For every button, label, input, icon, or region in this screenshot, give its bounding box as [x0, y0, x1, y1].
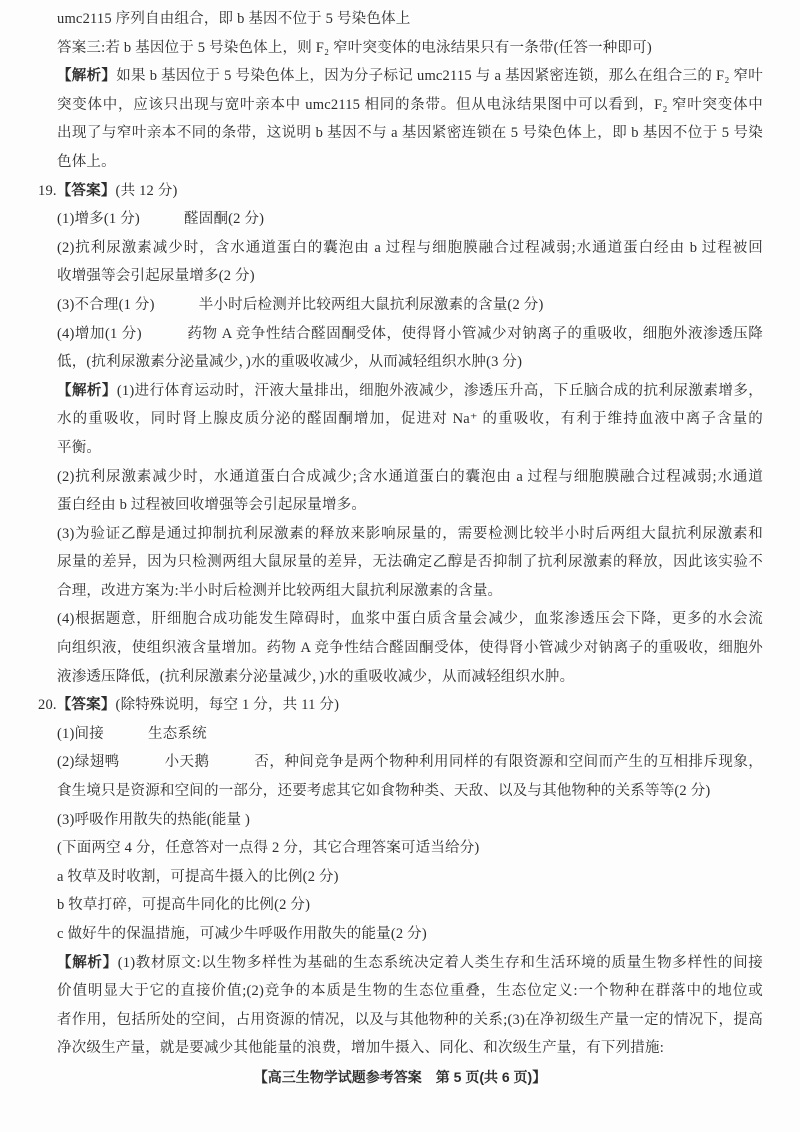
text-line: 收增强等会引起尿量增多(2 分)	[57, 262, 763, 291]
text-line: 色体上。	[57, 148, 763, 177]
text-line: a 牧草及时收割，可提高牛摄入的比例(2 分)	[57, 863, 763, 892]
text-segment: 合理，改进方案为:半小时后检测并比较两组大鼠抗利尿激素的含量。	[57, 583, 502, 599]
text-line: 20.【答案】(除特殊说明，每空 1 分，共 11 分)	[38, 691, 763, 720]
text-line: 者作用，包括所处的空间，占用资源的情况，以及与其他物种的关系;(3)在净初级生产…	[57, 1006, 763, 1035]
text-line: 19.【答案】(共 12 分)	[38, 177, 763, 206]
text-segment: 水的重吸收，同时肾上腺皮质分泌的醛固酮增加，促进对 Na⁺ 的重吸收，有利于维持…	[57, 411, 763, 427]
text-line: c 做好牛的保温措施，可减少牛呼吸作用散失的能量(2 分)	[57, 920, 763, 949]
text-segment: 食生境只是资源和空间的一部分，还要考虑其它如食物种类、天敌、以及与其他物种的关系…	[57, 783, 710, 799]
text-line: (2)抗利尿激素减少时，含水通道蛋白的囊泡由 a 过程与细胞膜融合过程减弱;水通…	[57, 234, 763, 263]
text-segment: (4)根据题意，肝细胞合成功能发生障碍时，血浆中蛋白质含量会减少，血浆渗透压会下…	[57, 611, 763, 627]
bold-label: 【解析】	[57, 383, 117, 399]
text-segment: 色体上。	[57, 154, 116, 170]
text-line: 尿量的差异，因为只检测两组大鼠尿量的差异，无法确定乙醇是否抑制了抗利尿激素的释放…	[57, 548, 763, 577]
text-segment: 出现了与窄叶亲本不同的条带，这说明 b 基因不与 a 基因紧密连锁在 5 号染色…	[57, 125, 763, 141]
text-segment: (共 12 分)	[116, 183, 178, 199]
text-line: 【解析】如果 b 基因位于 5 号染色体上，因为分子标记 umc2115 与 a…	[57, 62, 763, 91]
text-segment: (下面两空 4 分，任意答对一点得 2 分，其它合理答案可适当给分)	[57, 840, 479, 856]
text-segment: b 牧草打碎，可提高牛同化的比例(2 分)	[57, 897, 310, 913]
text-line: (3)呼吸作用散失的热能(能量 )	[57, 806, 763, 835]
bold-label: 【答案】	[57, 183, 116, 199]
text-line: 出现了与窄叶亲本不同的条带，这说明 b 基因不与 a 基因紧密连锁在 5 号染色…	[57, 119, 763, 148]
text-line: (3)为验证乙醇是通过抑制抗利尿激素的释放来影响尿量的，需要检测比较半小时后两组…	[57, 520, 763, 549]
text-segment: 突变体中，应该只出现与宽叶亲本中 umc2115 相同的条带。但从电泳结果图中可…	[57, 97, 763, 113]
text-segment: 液渗透压降低，(抗利尿激素分泌量减少，)水的重吸收减少，从而减轻组织水肿。	[57, 669, 574, 685]
text-segment: 者作用，包括所处的空间，占用资源的情况，以及与其他物种的关系;(3)在净初级生产…	[57, 1012, 763, 1028]
text-line: (下面两空 4 分，任意答对一点得 2 分，其它合理答案可适当给分)	[57, 834, 763, 863]
text-line: 价值明显大于它的直接价值;(2)竞争的本质是生物的生态位重叠，生态位定义:一个物…	[57, 977, 763, 1006]
text-line: 答案三:若 b 基因位于 5 号染色体上，则 F₂ 窄叶突变体的电泳结果只有一条…	[57, 34, 763, 63]
text-line: 液渗透压降低，(抗利尿激素分泌量减少，)水的重吸收减少，从而减轻组织水肿。	[57, 663, 763, 692]
text-line: 蛋白经由 b 过程被回收增强等会引起尿量增多。	[57, 491, 763, 520]
text-line: 水的重吸收，同时肾上腺皮质分泌的醛固酮增加，促进对 Na⁺ 的重吸收，有利于维持…	[57, 405, 763, 434]
page-footer: 【高三生物学试题参考答案 第 5 页(共 6 页)】	[0, 1066, 800, 1088]
text-segment: 蛋白经由 b 过程被回收增强等会引起尿量增多。	[57, 497, 366, 513]
text-segment: (2)抗利尿激素减少时，含水通道蛋白的囊泡由 a 过程与细胞膜融合过程减弱;水通…	[57, 240, 763, 256]
text-line: umc2115 序列自由组合，即 b 基因不位于 5 号染色体上	[57, 5, 763, 34]
text-line: 食生境只是资源和空间的一部分，还要考虑其它如食物种类、天敌、以及与其他物种的关系…	[57, 777, 763, 806]
text-segment: 价值明显大于它的直接价值;(2)竞争的本质是生物的生态位重叠，生态位定义:一个物…	[57, 983, 763, 999]
text-segment: 19.	[38, 183, 57, 199]
text-line: (1)间接 生态系统	[57, 720, 763, 749]
text-line: (2)抗利尿激素减少时，水通道蛋白合成减少;含水通道蛋白的囊泡由 a 过程与细胞…	[57, 463, 763, 492]
text-line: 低，(抗利尿激素分泌量减少，)水的重吸收减少，从而减轻组织水肿(3 分)	[57, 348, 763, 377]
text-segment: (4)增加(1 分) 药物 A 竞争性结合醛固酮受体，使得肾小管减少对钠离子的重…	[57, 326, 763, 342]
bold-label: 【解析】	[57, 68, 116, 84]
exam-answer-page: umc2115 序列自由组合，即 b 基因不位于 5 号染色体上答案三:若 b …	[0, 0, 800, 1132]
text-segment: (1)增多(1 分) 醛固酮(2 分)	[57, 211, 264, 227]
text-segment: (1)进行体育运动时，汗液大量排出，细胞外液减少，渗透压升高，下丘脑合成的抗利尿…	[57, 383, 763, 406]
text-segment: umc2115 序列自由组合，即 b 基因不位于 5 号染色体上	[57, 11, 410, 27]
bold-label: 【答案】	[57, 697, 116, 713]
text-segment: 低，(抗利尿激素分泌量减少，)水的重吸收减少，从而减轻组织水肿(3 分)	[57, 354, 522, 370]
text-line: (4)增加(1 分) 药物 A 竞争性结合醛固酮受体，使得肾小管减少对钠离子的重…	[57, 320, 763, 349]
text-segment: (3)呼吸作用散失的热能(能量 )	[57, 812, 250, 828]
text-segment: (1)教材原文:以生物多样性为基础的生态系统决定着人类生存和生活环境的质量生物多…	[118, 955, 763, 971]
text-segment: (2)抗利尿激素减少时，水通道蛋白合成减少;含水通道蛋白的囊泡由 a 过程与细胞…	[57, 469, 763, 485]
text-line: 向组织液，使组织液含量增加。药物 A 竞争性结合醛固酮受体，使得肾小管减少对钠离…	[57, 634, 763, 663]
text-line: b 牧草打碎，可提高牛同化的比例(2 分)	[57, 891, 763, 920]
text-line: 平衡。	[57, 434, 763, 463]
document-lines: umc2115 序列自由组合，即 b 基因不位于 5 号染色体上答案三:若 b …	[57, 5, 763, 1063]
text-segment: 如果 b 基因位于 5 号染色体上，因为分子标记 umc2115 与 a 基因紧…	[116, 68, 763, 84]
text-segment: c 做好牛的保温措施，可减少牛呼吸作用散失的能量(2 分)	[57, 926, 427, 942]
text-line: (1)增多(1 分) 醛固酮(2 分)	[57, 205, 763, 234]
text-segment: a 牧草及时收割，可提高牛摄入的比例(2 分)	[57, 869, 339, 885]
text-line: 【解析】(1)进行体育运动时，汗液大量排出，细胞外液减少，渗透压升高，下丘脑合成…	[57, 377, 763, 406]
bold-label: 【解析】	[57, 955, 118, 971]
text-segment: 平衡。	[57, 440, 101, 456]
text-line: (4)根据题意，肝细胞合成功能发生障碍时，血浆中蛋白质含量会减少，血浆渗透压会下…	[57, 605, 763, 634]
text-segment: (2)绿翅鸭 小天鹅 否，种间竞争是两个物种利用同样的有限资源和空间而产生的互相…	[57, 754, 763, 777]
text-segment: 向组织液，使组织液含量增加。药物 A 竞争性结合醛固酮受体，使得肾小管减少对钠离…	[57, 640, 763, 656]
text-line: (3)不合理(1 分) 半小时后检测并比较两组大鼠抗利尿激素的含量(2 分)	[57, 291, 763, 320]
text-segment: (1)间接 生态系统	[57, 726, 207, 742]
text-segment: 20.	[38, 697, 57, 713]
text-segment: 答案三:若 b 基因位于 5 号染色体上，则 F₂ 窄叶突变体的电泳结果只有一条…	[57, 40, 652, 56]
text-line: 突变体中，应该只出现与宽叶亲本中 umc2115 相同的条带。但从电泳结果图中可…	[57, 91, 763, 120]
text-segment: 净次级生产量，就是要减少其他能量的浪费，增加牛摄入、同化、和次级生产量，有下列措…	[57, 1040, 664, 1056]
text-segment: (除特殊说明，每空 1 分，共 11 分)	[116, 697, 340, 713]
text-line: (2)绿翅鸭 小天鹅 否，种间竞争是两个物种利用同样的有限资源和空间而产生的互相…	[57, 748, 763, 777]
text-line: 净次级生产量，就是要减少其他能量的浪费，增加牛摄入、同化、和次级生产量，有下列措…	[57, 1034, 763, 1063]
text-line: 【解析】(1)教材原文:以生物多样性为基础的生态系统决定着人类生存和生活环境的质…	[57, 949, 763, 978]
text-segment: 收增强等会引起尿量增多(2 分)	[57, 268, 255, 284]
text-segment: (3)不合理(1 分) 半小时后检测并比较两组大鼠抗利尿激素的含量(2 分)	[57, 297, 543, 313]
text-segment: 尿量的差异，因为只检测两组大鼠尿量的差异，无法确定乙醇是否抑制了抗利尿激素的释放…	[57, 554, 763, 570]
text-line: 合理，改进方案为:半小时后检测并比较两组大鼠抗利尿激素的含量。	[57, 577, 763, 606]
text-segment: (3)为验证乙醇是通过抑制抗利尿激素的释放来影响尿量的，需要检测比较半小时后两组…	[57, 526, 763, 542]
